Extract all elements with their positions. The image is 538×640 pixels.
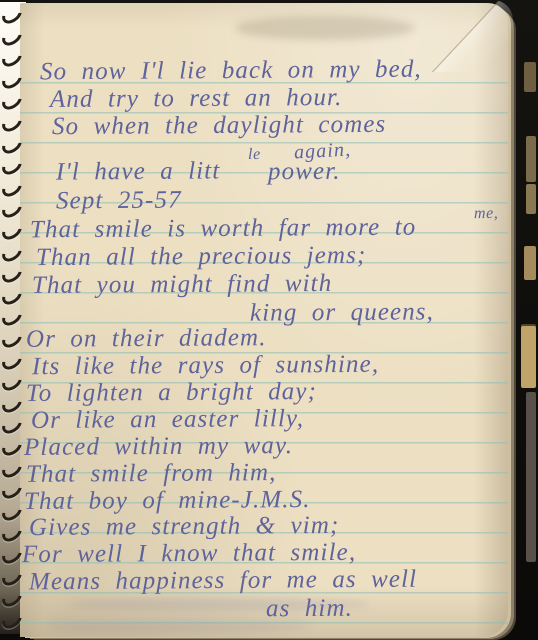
spiral-coil: [0, 23, 25, 48]
handwritten-line: That smile is worth far more to: [30, 214, 417, 245]
handwritten-line: For well I know that smile,: [22, 539, 356, 569]
handwritten-line: So now I'l lie back on my bed,: [40, 56, 422, 87]
spiral-coil: [0, 542, 25, 567]
handwritten-line: king or queens,: [250, 298, 434, 327]
handwritten-line: That you might find with: [32, 270, 332, 300]
spiral-coil: [0, 283, 25, 308]
page-edge-tab: [526, 136, 536, 182]
spiral-coil: [0, 412, 25, 437]
spiral-coil: [0, 563, 25, 588]
spiral-coil: [0, 455, 25, 480]
spiral-coil: [0, 2, 25, 27]
spiral-coil: [0, 369, 25, 394]
spiral-coil: [0, 45, 25, 70]
spiral-coil: [0, 218, 25, 243]
handwritten-line: power.: [268, 158, 341, 187]
spiral-coil: [0, 434, 25, 459]
page-edge-tab: [526, 392, 536, 562]
spiral-coil: [0, 304, 25, 329]
spiral-coil: [0, 326, 25, 351]
handwritten-line: Means happiness for me as well: [29, 566, 417, 597]
spiral-coil: [0, 88, 25, 113]
notebook-photo: So now I'l lie back on my bed, And try t…: [0, 0, 538, 640]
handwritten-line: Or like an easter lilly,: [31, 405, 304, 435]
spiral-coil: [0, 585, 25, 610]
spiral-coil: [0, 520, 25, 545]
spiral-binding: [0, 0, 30, 640]
handwritten-line: Its like the rays of sunshine,: [32, 351, 379, 381]
spiral-coil: [0, 391, 25, 416]
page-edge-tab: [521, 326, 536, 388]
page-edge-tab: [526, 184, 536, 214]
spiral-coil: [0, 131, 25, 156]
spiral-coil: [0, 67, 25, 92]
handwritten-line: Than all the precious jems;: [36, 242, 367, 272]
spiral-coil: [0, 499, 25, 524]
handwritten-line: So when the daylight comes: [52, 111, 387, 141]
handwritten-line: To lighten a bright day;: [26, 378, 317, 408]
spiral-coil: [0, 110, 25, 135]
handwritten-insert: me,: [474, 205, 499, 223]
handwritten-line: Placed within my way.: [24, 432, 293, 462]
spiral-coil: [0, 175, 25, 200]
spiral-coil: [0, 607, 25, 632]
handwritten-line: That smile from him,: [26, 459, 277, 489]
spiral-coil: [0, 347, 25, 372]
handwritten-line: I'l have a litt: [56, 157, 221, 186]
handwritten-line: Gives me strength & vim;: [29, 512, 340, 542]
spiral-coil: [0, 477, 25, 502]
handwritten-line: Or on their diadem.: [26, 324, 267, 354]
spiral-coil: [0, 196, 25, 221]
spiral-coil: [0, 239, 25, 264]
handwritten-line: as him.: [266, 595, 353, 624]
page-edge-tab: [524, 246, 536, 280]
date-line: Sept 25-57: [56, 187, 182, 216]
spiral-coil: [0, 261, 25, 286]
handwritten-line: And try to rest an hour.: [50, 84, 343, 114]
spiral-coil: [0, 153, 25, 178]
page-edge-tab: [524, 62, 536, 92]
handwritten-insert: le: [248, 146, 261, 164]
